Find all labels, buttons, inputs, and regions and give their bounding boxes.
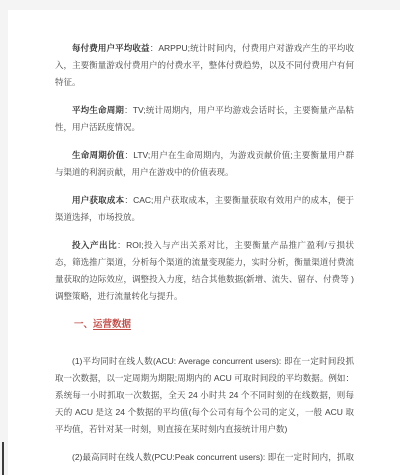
definition-roi-term: 投入产出比 [72, 240, 117, 250]
definition-arppu-term: 每付费用户平均收益 [72, 43, 150, 53]
definition-ltv: 生命周期价值：LTV;用户在生命周期内，为游戏贡献价值;主要衡量用户群与渠道的利… [55, 147, 354, 181]
document-page: 每付费用户平均收益：ARPPU;统计时间内，付费用户对游戏产生的平均收入，主要衡… [8, 10, 400, 475]
list-item-pcu-truncated: (2)最高同时在线人数(PCU:Peak concurrent users): … [55, 449, 354, 466]
document-content: 每付费用户平均收益：ARPPU;统计时间内，付费用户对游戏产生的平均收入，主要衡… [8, 10, 400, 466]
definition-ltv-term: 生命周期价值 [72, 150, 124, 160]
definition-arppu: 每付费用户平均收益：ARPPU;统计时间内，付费用户对游戏产生的平均收入，主要衡… [55, 40, 354, 91]
section-heading-operations-data: 一、运营数据 [55, 316, 354, 333]
definition-cac-term: 用户获取成本 [72, 195, 124, 205]
definition-roi: 投入产出比：ROI;投入与产出关系对比，主要衡量产品推广盈利/亏损状态，筛选推广… [55, 237, 354, 305]
definition-lifetime: 平均生命周期：TV;统计周期内，用户平均游戏会话时长，主要衡量产品粘性，用户活跃… [55, 102, 354, 136]
definition-lifetime-term: 平均生命周期 [72, 105, 124, 115]
list-item-acu: (1)平均同时在线人数(ACU: Average concurrent user… [55, 353, 354, 438]
definition-cac: 用户获取成本：CAC;用户获取成本，主要衡量获取有效用户的成本，便于渠道选择，市… [55, 192, 354, 226]
section-heading-prefix: 一、 [74, 319, 93, 330]
window-edge-artifact [2, 442, 4, 475]
section-heading-title: 运营数据 [93, 319, 131, 330]
